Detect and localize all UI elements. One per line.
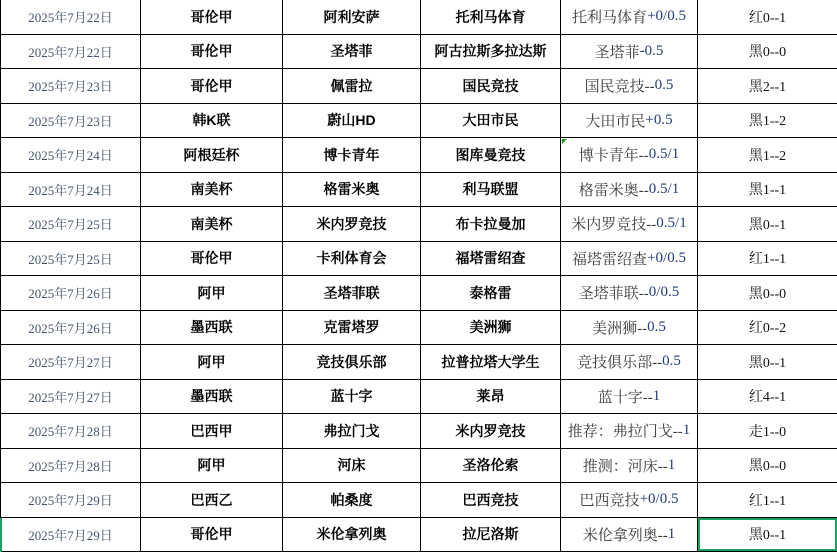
handicap-team-label: 圣塔菲 bbox=[595, 41, 640, 62]
cell-date[interactable]: 2025年7月25日 bbox=[1, 242, 141, 277]
cell-league[interactable]: 阿甲 bbox=[141, 449, 283, 484]
cell-result[interactable]: 黑1--2 bbox=[698, 104, 837, 139]
handicap-value: 0.5 bbox=[655, 77, 674, 94]
cell-home-team[interactable]: 克雷塔罗 bbox=[283, 311, 421, 346]
cell-league[interactable]: 南美杯 bbox=[141, 207, 283, 242]
cell-date[interactable]: 2025年7月29日 bbox=[1, 518, 141, 553]
cell-result[interactable]: 黑2--1 bbox=[698, 69, 837, 104]
cell-home-team[interactable]: 圣塔菲联 bbox=[283, 276, 421, 311]
cell-home-team[interactable]: 弗拉门戈 bbox=[283, 414, 421, 449]
cell-result[interactable]: 黑0--1 bbox=[698, 345, 837, 380]
cell-result[interactable]: 黑0--0 bbox=[698, 276, 837, 311]
cell-date[interactable]: 2025年7月27日 bbox=[1, 345, 141, 380]
cell-result[interactable]: 黑1--2 bbox=[698, 138, 837, 173]
cell-handicap[interactable]: 博卡青年--0.5/1 bbox=[561, 138, 698, 173]
cell-result[interactable]: 红0--1 bbox=[698, 0, 837, 35]
match-table: 2025年7月22日哥伦甲阿利安萨托利马体育托利马体育+0/0.5红0--120… bbox=[0, 0, 837, 552]
handicap-team-label: 巴西竞技 bbox=[580, 489, 640, 510]
cell-date[interactable]: 2025年7月24日 bbox=[1, 138, 141, 173]
handicap-value: 0.5 bbox=[647, 319, 666, 336]
handicap-value: +0.5 bbox=[645, 112, 672, 129]
cell-handicap[interactable]: 圣塔菲联--0/0.5 bbox=[561, 276, 698, 311]
cell-away-team[interactable]: 福塔雷绍查 bbox=[421, 242, 561, 277]
cell-away-team[interactable]: 美洲狮 bbox=[421, 311, 561, 346]
handicap-team-label: 博卡青年-- bbox=[579, 144, 649, 165]
cell-handicap[interactable]: 国民竞技--0.5 bbox=[561, 69, 698, 104]
handicap-value: 0.5/1 bbox=[649, 146, 679, 163]
error-indicator-triangle-icon bbox=[562, 139, 567, 144]
handicap-team-label: 竞技俱乐部-- bbox=[577, 351, 662, 372]
cell-away-team[interactable]: 图库曼竞技 bbox=[421, 138, 561, 173]
cell-result[interactable]: 红1--1 bbox=[698, 483, 837, 518]
cell-home-team[interactable]: 博卡青年 bbox=[283, 138, 421, 173]
cell-away-team[interactable]: 泰格雷 bbox=[421, 276, 561, 311]
cell-home-team[interactable]: 帕桑度 bbox=[283, 483, 421, 518]
cell-handicap[interactable]: 推荐：弗拉门戈--1 bbox=[561, 414, 698, 449]
cell-date[interactable]: 2025年7月23日 bbox=[1, 104, 141, 139]
cell-home-team[interactable]: 竞技俱乐部 bbox=[283, 345, 421, 380]
cell-league[interactable]: 南美杯 bbox=[141, 173, 283, 208]
handicap-value: +0/0.5 bbox=[647, 8, 686, 25]
cell-league[interactable]: 阿根廷杯 bbox=[141, 138, 283, 173]
cell-handicap[interactable]: 竞技俱乐部--0.5 bbox=[561, 345, 698, 380]
cell-away-team[interactable]: 阿古拉斯多拉达斯 bbox=[421, 35, 561, 70]
cell-handicap[interactable]: 福塔雷绍查+0/0.5 bbox=[561, 242, 698, 277]
handicap-value: 0.5/1 bbox=[649, 181, 679, 198]
cell-handicap[interactable]: 大田市民+0.5 bbox=[561, 104, 698, 139]
cell-league[interactable]: 韩K联 bbox=[141, 104, 283, 139]
handicap-team-label: 美洲狮-- bbox=[592, 317, 647, 338]
cell-handicap[interactable]: 格雷米奥--0.5/1 bbox=[561, 173, 698, 208]
handicap-value: 1 bbox=[683, 422, 691, 439]
handicap-value: 0.5 bbox=[662, 353, 681, 370]
cell-away-team[interactable]: 圣洛伦索 bbox=[421, 449, 561, 484]
cell-date[interactable]: 2025年7月29日 bbox=[1, 483, 141, 518]
cell-result[interactable]: 红1--1 bbox=[698, 242, 837, 277]
row-selection-strip bbox=[0, 518, 2, 553]
cell-date[interactable]: 2025年7月22日 bbox=[1, 0, 141, 35]
handicap-team-label: 米伦拿列奥-- bbox=[583, 524, 668, 545]
cell-date[interactable]: 2025年7月24日 bbox=[1, 173, 141, 208]
handicap-team-label: 推测：河床-- bbox=[583, 455, 668, 476]
cell-handicap[interactable]: 蓝十字--1 bbox=[561, 380, 698, 415]
cell-date[interactable]: 2025年7月25日 bbox=[1, 207, 141, 242]
cell-result[interactable]: 红0--2 bbox=[698, 311, 837, 346]
handicap-value: -0.5 bbox=[640, 43, 664, 60]
cell-handicap[interactable]: 圣塔菲-0.5 bbox=[561, 35, 698, 70]
cell-home-team[interactable]: 米内罗竞技 bbox=[283, 207, 421, 242]
cell-date[interactable]: 2025年7月26日 bbox=[1, 276, 141, 311]
handicap-team-label: 大田市民 bbox=[585, 110, 645, 131]
cell-result[interactable]: 红4--1 bbox=[698, 380, 837, 415]
cell-date[interactable]: 2025年7月28日 bbox=[1, 449, 141, 484]
cell-away-team[interactable]: 莱昂 bbox=[421, 380, 561, 415]
handicap-value: 0/0.5 bbox=[649, 284, 679, 301]
handicap-value: 1 bbox=[668, 457, 676, 474]
cell-away-team[interactable]: 大田市民 bbox=[421, 104, 561, 139]
cell-away-team[interactable]: 拉尼洛斯 bbox=[421, 518, 561, 553]
cell-home-team[interactable]: 河床 bbox=[283, 449, 421, 484]
cell-home-team[interactable]: 格雷米奥 bbox=[283, 173, 421, 208]
cell-result[interactable]: 黑0--1 bbox=[698, 518, 837, 553]
handicap-team-label: 推荐：弗拉门戈-- bbox=[568, 420, 683, 441]
handicap-value: +0/0.5 bbox=[640, 491, 679, 508]
cell-handicap[interactable]: 米伦拿列奥--1 bbox=[561, 518, 698, 553]
handicap-value: 0.5/1 bbox=[656, 215, 686, 232]
cell-home-team[interactable]: 米伦拿列奥 bbox=[283, 518, 421, 553]
cell-league[interactable]: 巴西乙 bbox=[141, 483, 283, 518]
cell-home-team[interactable]: 蔚山HD bbox=[283, 104, 421, 139]
cell-result[interactable]: 黑1--1 bbox=[698, 173, 837, 208]
cell-away-team[interactable]: 国民竞技 bbox=[421, 69, 561, 104]
spreadsheet-viewport: 2025年7月22日哥伦甲阿利安萨托利马体育托利马体育+0/0.5红0--120… bbox=[0, 0, 837, 559]
handicap-team-label: 福塔雷绍查 bbox=[572, 248, 647, 269]
handicap-team-label: 托利马体育 bbox=[572, 6, 647, 27]
cell-away-team[interactable]: 巴西竞技 bbox=[421, 483, 561, 518]
handicap-team-label: 圣塔菲联-- bbox=[579, 282, 649, 303]
handicap-value: +0/0.5 bbox=[647, 250, 686, 267]
cell-league[interactable]: 哥伦甲 bbox=[141, 69, 283, 104]
cell-result[interactable]: 走1--0 bbox=[698, 414, 837, 449]
cell-league[interactable]: 巴西甲 bbox=[141, 414, 283, 449]
cell-home-team[interactable]: 卡利体育会 bbox=[283, 242, 421, 277]
cell-handicap[interactable]: 托利马体育+0/0.5 bbox=[561, 0, 698, 35]
cell-away-team[interactable]: 拉普拉塔大学生 bbox=[421, 345, 561, 380]
cell-result[interactable]: 黑0--0 bbox=[698, 449, 837, 484]
cell-league[interactable]: 哥伦甲 bbox=[141, 35, 283, 70]
cell-home-team[interactable]: 圣塔菲 bbox=[283, 35, 421, 70]
cell-league[interactable]: 墨西联 bbox=[141, 380, 283, 415]
cell-handicap[interactable]: 推测：河床--1 bbox=[561, 449, 698, 484]
cell-away-team[interactable]: 米内罗竞技 bbox=[421, 414, 561, 449]
cell-home-team[interactable]: 阿利安萨 bbox=[283, 0, 421, 35]
cell-league[interactable]: 哥伦甲 bbox=[141, 518, 283, 553]
cell-handicap[interactable]: 巴西竞技+0/0.5 bbox=[561, 483, 698, 518]
handicap-team-label: 国民竞技-- bbox=[585, 75, 655, 96]
cell-date[interactable]: 2025年7月26日 bbox=[1, 311, 141, 346]
handicap-team-label: 蓝十字-- bbox=[598, 386, 653, 407]
cell-away-team[interactable]: 托利马体育 bbox=[421, 0, 561, 35]
cell-away-team[interactable]: 利马联盟 bbox=[421, 173, 561, 208]
cell-handicap[interactable]: 美洲狮--0.5 bbox=[561, 311, 698, 346]
cell-result[interactable]: 黑0--1 bbox=[698, 207, 837, 242]
cell-home-team[interactable]: 佩雷拉 bbox=[283, 69, 421, 104]
handicap-team-label: 格雷米奥-- bbox=[579, 179, 649, 200]
handicap-value: 1 bbox=[653, 388, 661, 405]
cell-league[interactable]: 阿甲 bbox=[141, 276, 283, 311]
cell-league[interactable]: 哥伦甲 bbox=[141, 0, 283, 35]
cell-date[interactable]: 2025年7月27日 bbox=[1, 380, 141, 415]
cell-away-team[interactable]: 布卡拉曼加 bbox=[421, 207, 561, 242]
cell-league[interactable]: 阿甲 bbox=[141, 345, 283, 380]
handicap-value: 1 bbox=[668, 526, 676, 543]
cell-date[interactable]: 2025年7月23日 bbox=[1, 69, 141, 104]
handicap-team-label: 米内罗竞技-- bbox=[571, 213, 656, 234]
cell-date[interactable]: 2025年7月22日 bbox=[1, 35, 141, 70]
cell-league[interactable]: 墨西联 bbox=[141, 311, 283, 346]
cell-result[interactable]: 黑0--0 bbox=[698, 35, 837, 70]
cell-handicap[interactable]: 米内罗竞技--0.5/1 bbox=[561, 207, 698, 242]
cell-home-team[interactable]: 蓝十字 bbox=[283, 380, 421, 415]
cell-date[interactable]: 2025年7月28日 bbox=[1, 414, 141, 449]
cell-league[interactable]: 哥伦甲 bbox=[141, 242, 283, 277]
